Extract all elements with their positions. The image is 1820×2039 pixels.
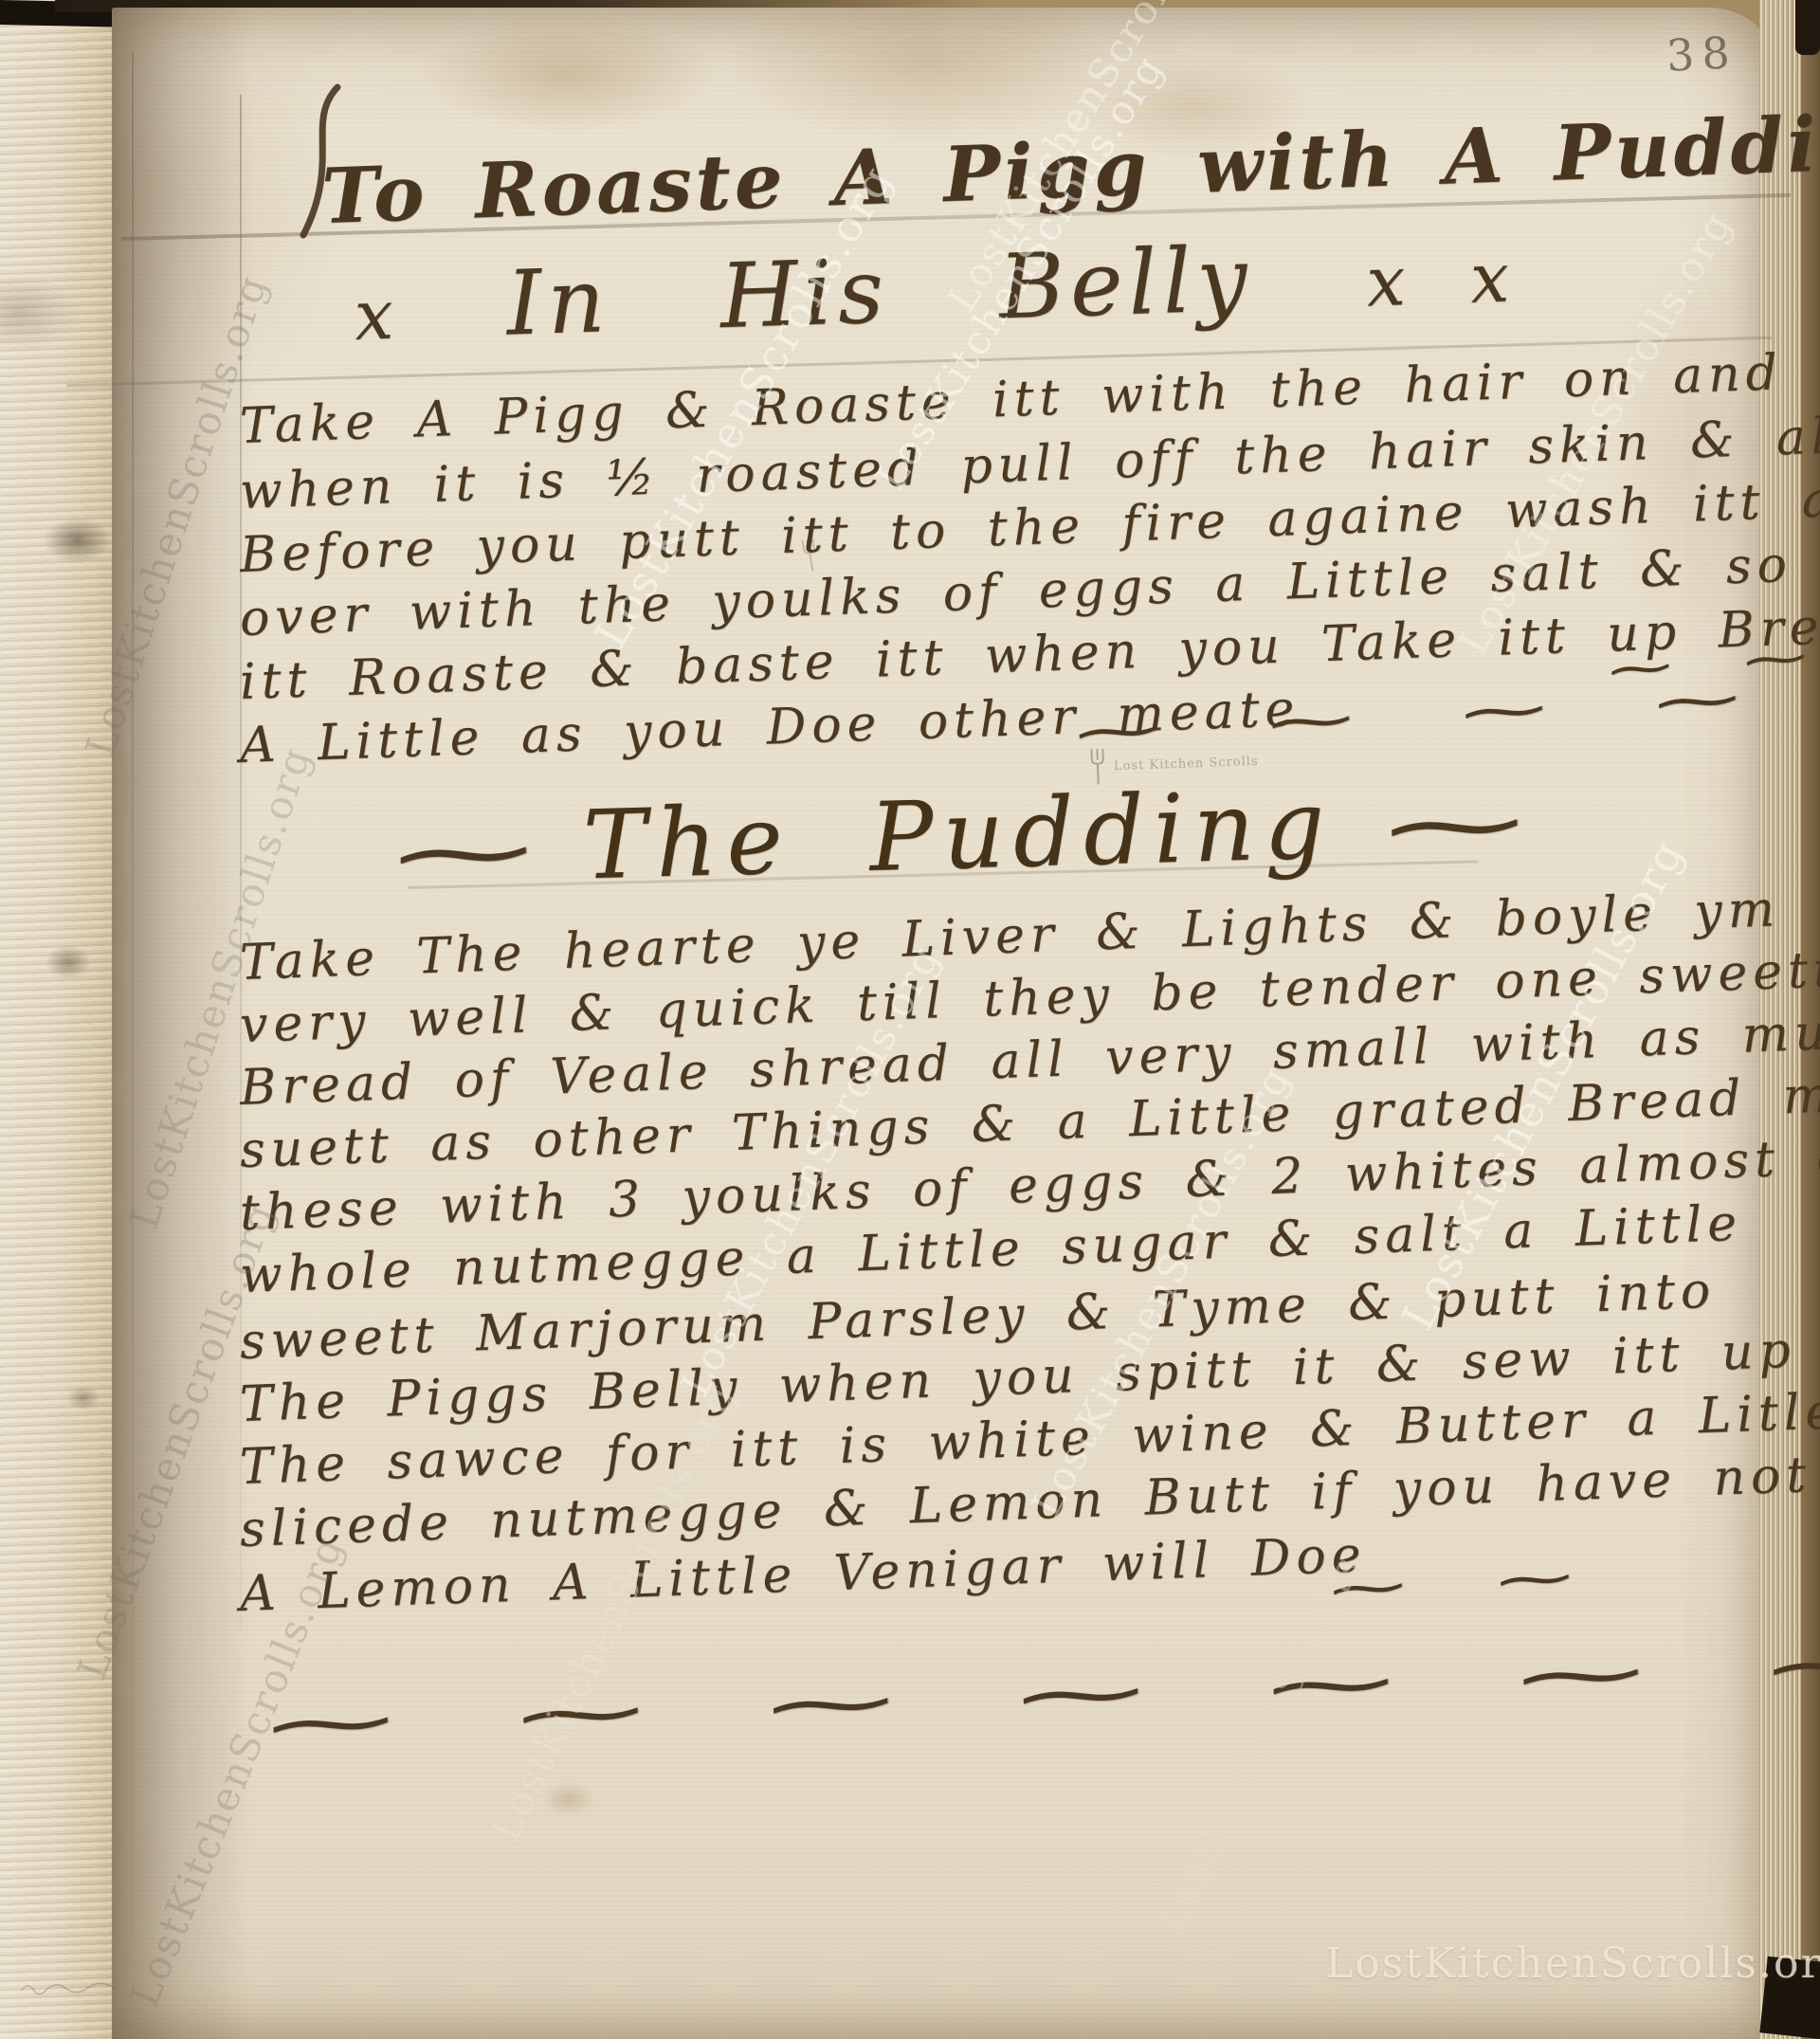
heading-tilde-left: ~ xyxy=(378,801,549,903)
cover-corner-top-right xyxy=(1795,0,1820,55)
page-number: 38 xyxy=(1665,27,1738,82)
pen-marks-right: x x xyxy=(1365,238,1510,322)
pencil-scribble xyxy=(17,1977,121,1998)
manuscript-scan: 38 To Roaste A Pigg with A Pudding x In … xyxy=(0,0,1820,2039)
heading-tilde-right: ~ xyxy=(1369,774,1539,876)
corner-watermark: LostKitchenScrolls.org xyxy=(1325,1939,1820,1988)
page-stack-left-edge xyxy=(0,0,119,2039)
pen-mark-left: x xyxy=(354,275,394,355)
pudding-heading: The Pudding xyxy=(582,769,1336,901)
pencil-fold-line xyxy=(132,52,134,1939)
